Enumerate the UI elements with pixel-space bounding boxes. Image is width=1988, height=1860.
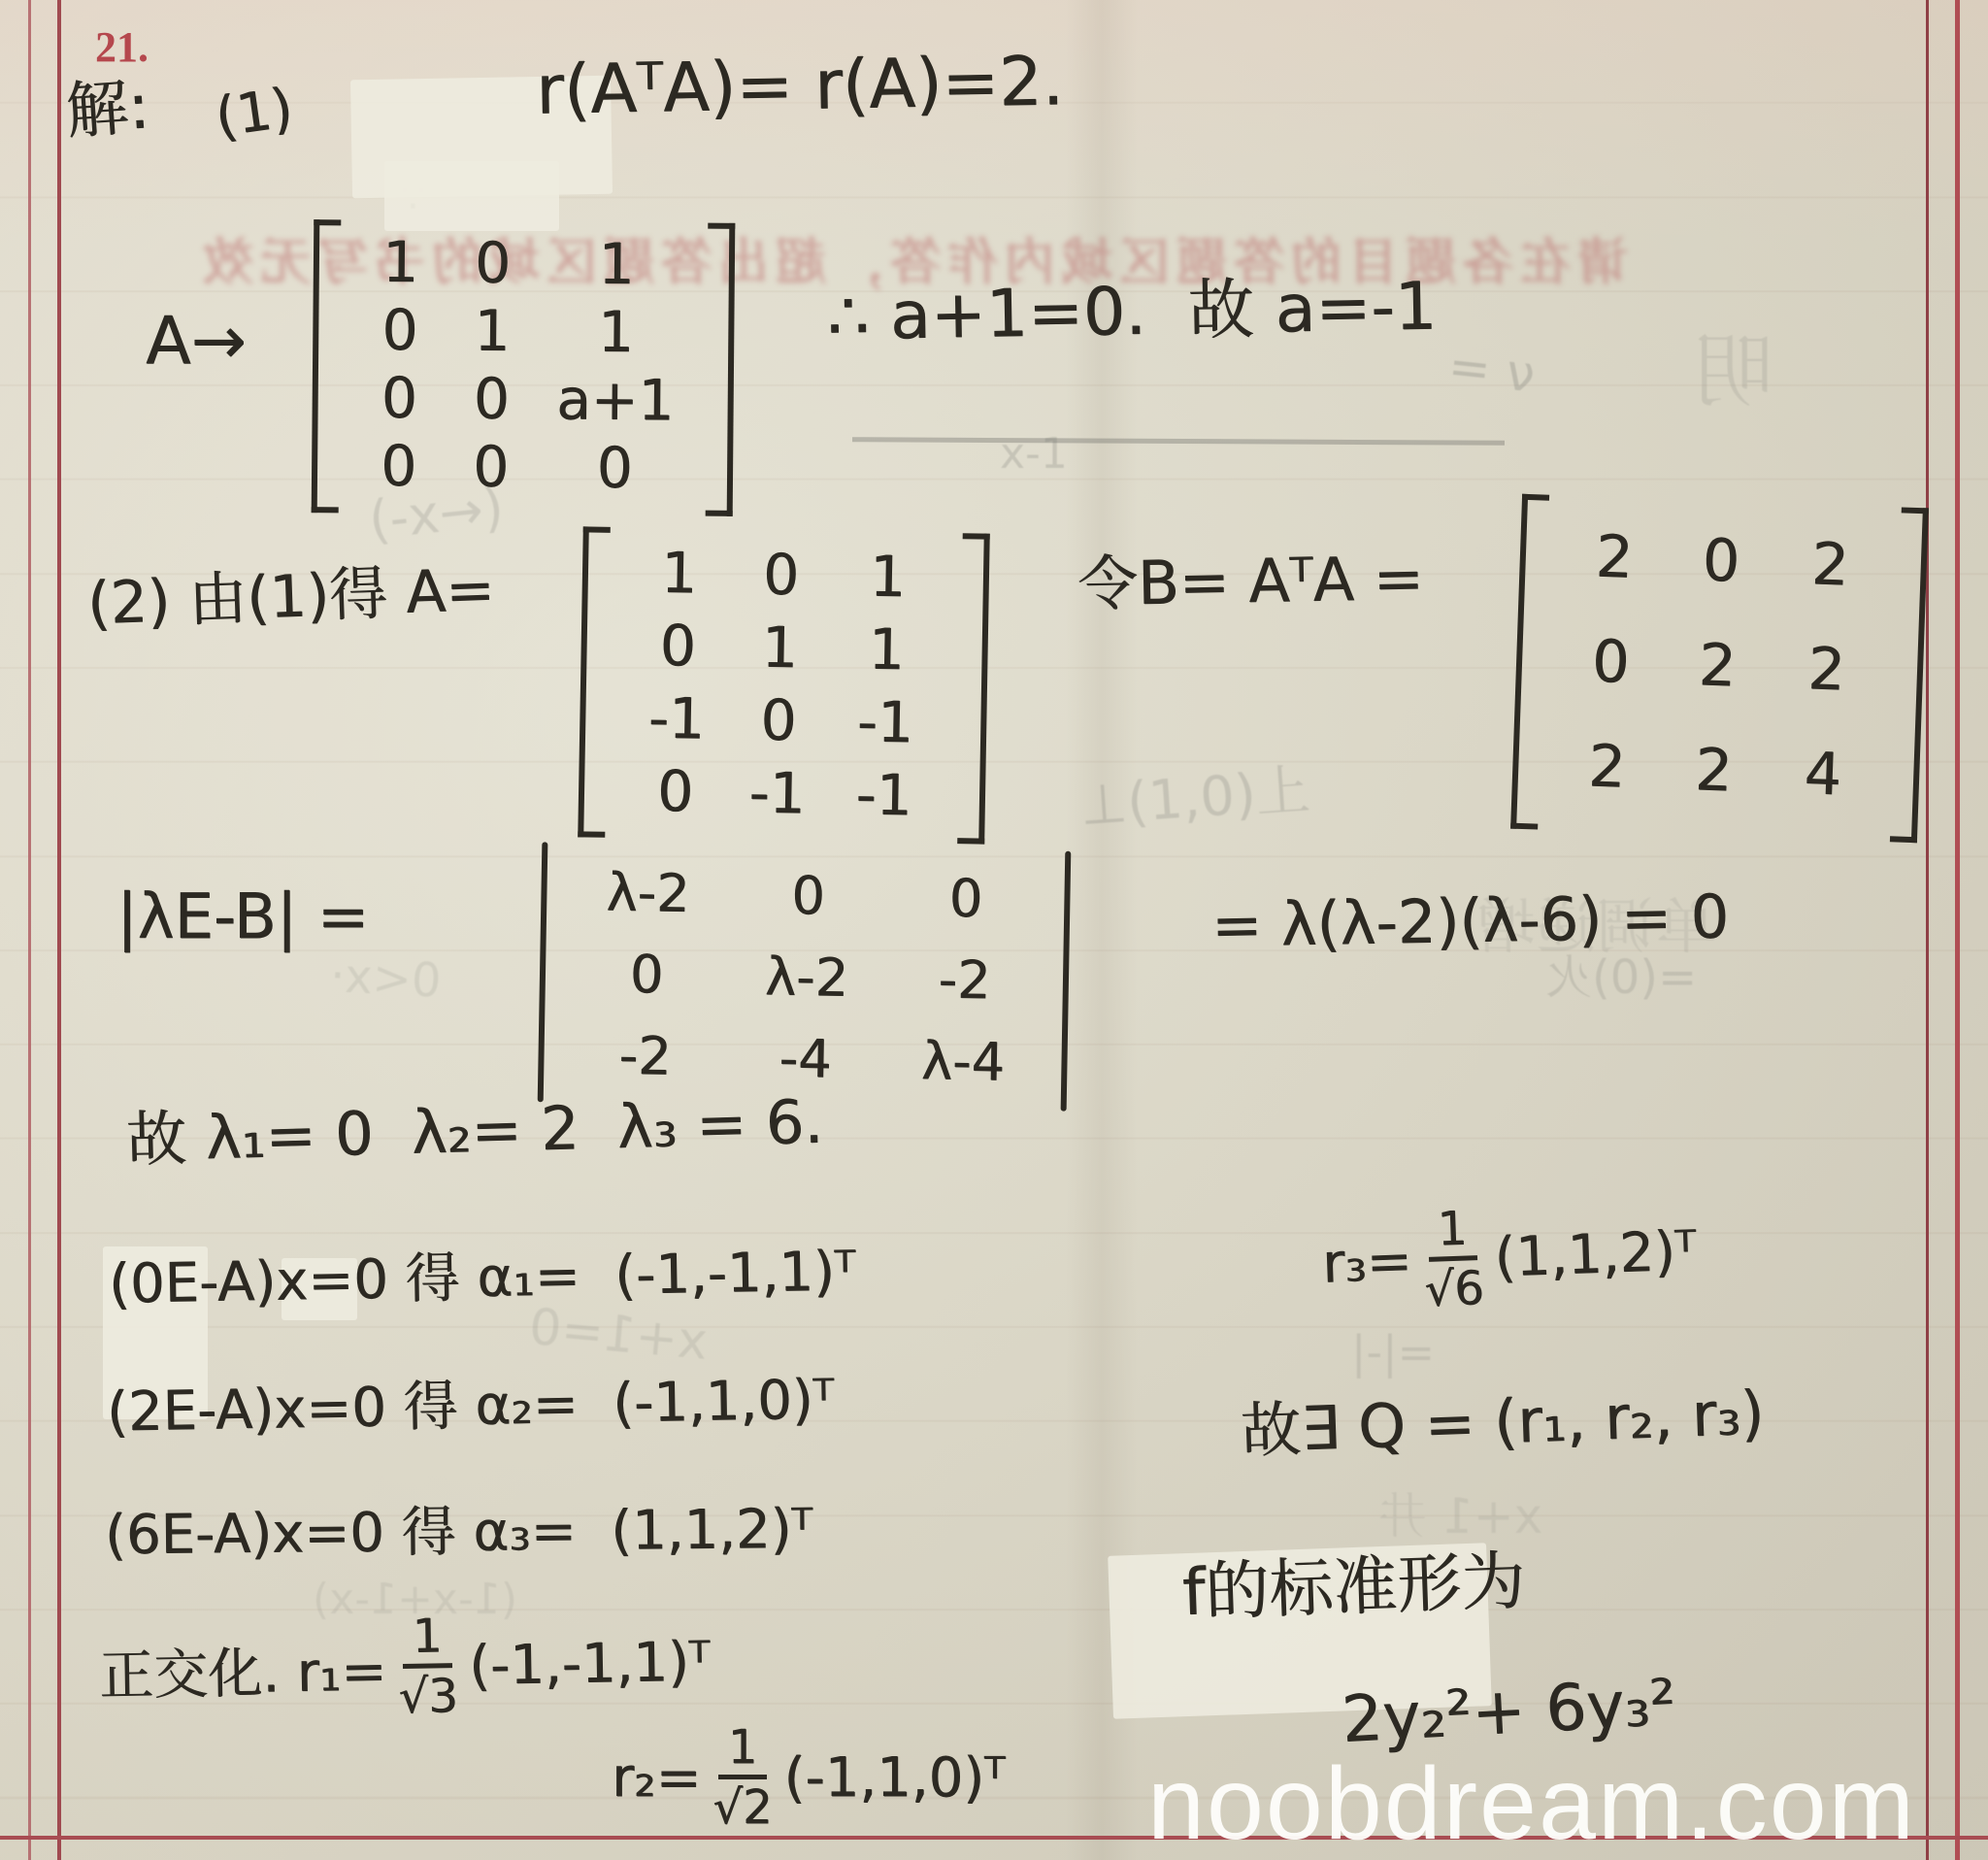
matrix-a-reduced-lhs: A→ xyxy=(146,307,247,376)
matrix-cell: 2 xyxy=(1698,631,1738,700)
matrix-cell: 0 xyxy=(381,365,416,431)
part1-label: (1) xyxy=(212,81,296,148)
matrix-bracket-left xyxy=(312,219,342,513)
bleedthrough-mark: 0<x· xyxy=(329,948,443,1009)
r3-prefix: r₃= xyxy=(1321,1229,1413,1295)
det-cell: 0 xyxy=(948,867,982,929)
bleedthrough-mark: =|-| xyxy=(1351,1326,1435,1378)
matrix-bracket-right xyxy=(706,223,736,516)
right-margin-line-inner xyxy=(1926,0,1929,1860)
part2-intro: (2) 由(1)得 A= xyxy=(86,560,495,636)
r2-prefix: r₂= xyxy=(612,1746,701,1810)
matrix-a-reduced: 101 011 00a+1 000 xyxy=(312,219,736,516)
det-cell: λ-2 xyxy=(765,946,849,1008)
bleedthrough-mark: = ν xyxy=(1445,338,1538,405)
matrix-a: 101 011 -10-1 0-1-1 xyxy=(578,526,990,844)
orthonormal-r2-line: r₂= 1 √2 (-1,1,0)ᵀ xyxy=(612,1724,1005,1831)
matrix-cell: 0 xyxy=(760,686,797,753)
site-watermark: noobdream.com xyxy=(1147,1745,1916,1860)
matrix-cell: -1 xyxy=(647,684,705,751)
bleedthrough-mark: x-1 xyxy=(1000,429,1068,479)
solve-label: 解: xyxy=(64,75,151,146)
eigenvector-line-1: (0E-A)x=0 得 α₁= (-1,-1,1)ᵀ xyxy=(109,1244,856,1313)
normal-form-label: f的标准形为 xyxy=(1181,1547,1526,1627)
r3-denominator: √6 xyxy=(1424,1260,1485,1313)
left-margin-line-outer xyxy=(28,0,31,1860)
matrix-cell: 0 xyxy=(659,612,696,679)
matrix-cell: -1 xyxy=(748,759,806,826)
det-cell: -2 xyxy=(938,948,991,1011)
eigenvector-line-2: (2E-A)x=0 得 α₂= (-1,1,0)ᵀ xyxy=(107,1372,835,1442)
r3-numerator: 1 xyxy=(1427,1205,1478,1262)
eigenvector-line-3: (6E-A)x=0 得 α₃= (1,1,2)ᵀ xyxy=(105,1502,812,1565)
matrix-cell: a+1 xyxy=(556,366,675,433)
r3-vector: (1,1,2)ᵀ xyxy=(1493,1219,1697,1289)
matrix-cell: 1 xyxy=(869,543,906,610)
matrix-cell: 1 xyxy=(868,615,905,682)
matrix-cell: 0 xyxy=(381,297,417,363)
q-matrix-line: 故∃ Q = (r₁, r₂, r₃) xyxy=(1240,1381,1765,1463)
matrix-cell: -1 xyxy=(855,761,912,828)
det-cell: 0 xyxy=(791,864,825,926)
det-cell: -4 xyxy=(779,1027,832,1089)
matrix-cell: 0 xyxy=(473,366,509,432)
det-cell: -2 xyxy=(618,1024,672,1086)
matrix-cell: 1 xyxy=(382,229,418,295)
matrix-cell: 2 xyxy=(1694,736,1734,805)
bleedthrough-mark: 明 xyxy=(1694,309,1773,422)
bleedthrough-underline xyxy=(852,437,1505,446)
matrix-cell: 0 xyxy=(762,541,799,608)
matrix-cell: 1 xyxy=(660,539,697,606)
normal-form-expression: 2y₂²+ 6y₃² xyxy=(1340,1669,1676,1753)
rank-equation: r(AᵀA)= r(A)=2. xyxy=(535,46,1064,126)
r2-fraction: 1 √2 xyxy=(712,1724,772,1831)
matrix-cell: 0 xyxy=(1702,526,1741,595)
bleedthrough-mark: ⊥(1,0)上 xyxy=(1077,747,1312,841)
matrix-cell: 2 xyxy=(1806,635,1846,704)
right-margin-line-outer xyxy=(1955,0,1960,1860)
matrix-cell: 1 xyxy=(474,298,510,364)
conclusion-a: ∴ a+1=0. 故 a=-1 xyxy=(826,273,1437,352)
matrix-cell: 2 xyxy=(1595,522,1635,591)
matrix-cell: 0 xyxy=(596,435,632,501)
matrix-cell: 2 xyxy=(1810,530,1850,599)
matrix-cell: 0 xyxy=(657,757,694,824)
matrix-cell: 1 xyxy=(598,231,634,297)
matrix-cell: -1 xyxy=(856,688,913,755)
r1-vector: (-1,-1,1)ᵀ xyxy=(469,1630,711,1697)
det-cell: λ-4 xyxy=(921,1030,1006,1092)
matrix-cell: 2 xyxy=(1587,732,1627,801)
matrix-cell: 1 xyxy=(761,614,798,681)
r3-fraction: 1 √6 xyxy=(1422,1205,1485,1313)
r1-prefix: 正交化. r₁= xyxy=(98,1628,386,1711)
problem-number: 21. xyxy=(95,25,149,70)
matrix-cell: 0 xyxy=(1591,627,1631,696)
notebook-page: 请在各题目的答题区域内作答，超出答题区域的书写无效 (-x→) 明 = ν ⊥(… xyxy=(0,0,1988,1860)
orthonormal-r3-line: r₃= 1 √6 (1,1,2)ᵀ xyxy=(1320,1197,1698,1316)
r2-vector: (-1,1,0)ᵀ xyxy=(784,1746,1006,1810)
r1-fraction: 1 √3 xyxy=(397,1612,458,1720)
matrix-cell: 0 xyxy=(381,433,416,499)
orthonormal-r1-line: 正交化. r₁= 1 √3 (-1,-1,1)ᵀ xyxy=(98,1609,711,1726)
matrix-cell: 0 xyxy=(475,230,511,296)
eigenvalues-line: 故 λ₁= 0 λ₂= 2 λ₃ = 6. xyxy=(125,1090,823,1172)
bleedthrough-mark: x+1 井 xyxy=(1378,1478,1542,1547)
det-cell: λ-2 xyxy=(606,861,690,923)
r2-denominator: √2 xyxy=(712,1779,772,1831)
matrix-cell: 0 xyxy=(473,434,509,500)
r1-denominator: √3 xyxy=(398,1668,458,1720)
det-cell: 0 xyxy=(629,943,663,1005)
determinant: λ-200 0λ-2-2 -2-4λ-4 xyxy=(538,842,1072,1111)
bleedthrough-mark: x+1=0 xyxy=(527,1298,711,1372)
matrix-b: 202 022 224 xyxy=(1510,494,1929,843)
matrix-b-lhs: 令B= AᵀA = xyxy=(1077,547,1424,615)
char-poly-rhs: = λ(λ-2)(λ-6) = 0 xyxy=(1210,884,1729,956)
matrix-cell: 1 xyxy=(598,299,634,365)
matrix-bracket-right xyxy=(957,533,990,844)
r2-numerator: 1 xyxy=(718,1724,768,1779)
left-margin-line-inner xyxy=(57,0,61,1860)
matrix-cell: 4 xyxy=(1803,740,1842,809)
r1-numerator: 1 xyxy=(402,1612,452,1669)
char-poly-lhs: |λE-B| = xyxy=(116,885,369,950)
